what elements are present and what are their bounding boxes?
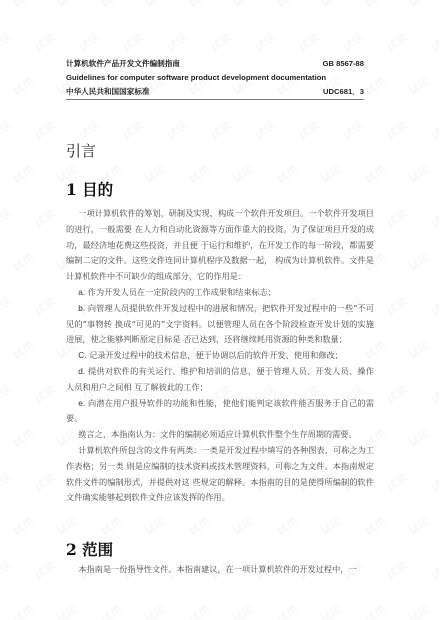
watermark-glyph: 试读 xyxy=(75,117,102,143)
header-divider xyxy=(66,99,364,100)
watermark-glyph: 试读 xyxy=(383,469,410,495)
watermark-glyph: 试读 xyxy=(405,0,432,11)
watermark-glyph: 试读 xyxy=(53,601,80,620)
watermark-glyph: 试读 xyxy=(295,117,322,143)
document-title-cn: 计算机软件产品开发文件编制指南 xyxy=(66,57,180,71)
section-2-body: 本指南是一份指导性文件。本指南建议，在一项计算机软件的开发过程中，一 xyxy=(66,562,374,578)
watermark-glyph: 试读 xyxy=(405,249,432,275)
watermark-glyph: 试读 xyxy=(207,117,234,143)
watermark-glyph: 试读 xyxy=(9,249,36,275)
watermark-glyph: 试读 xyxy=(0,205,15,231)
list-index: a. xyxy=(78,288,85,297)
watermark-glyph: 试读 xyxy=(97,513,124,539)
watermark-glyph: 试读 xyxy=(0,469,15,495)
watermark-glyph: 试读 xyxy=(273,601,300,620)
watermark-glyph: 试读 xyxy=(31,205,58,231)
watermark-glyph: 试读 xyxy=(427,293,440,319)
list-item-e: e. 向潜在用户报导软件的功能和性能，使他们能判定该软件能否服务于自己的需要。 xyxy=(66,396,374,428)
watermark-glyph: 试读 xyxy=(31,381,58,407)
watermark-glyph: 试读 xyxy=(163,117,190,143)
watermark-glyph: 试读 xyxy=(9,337,36,363)
list-item-text: 记录开发过程中的技术信息，便于协调以后的软件开发、使用和修改； xyxy=(89,350,343,360)
section-1-heading: 1 目的 xyxy=(66,178,113,200)
watermark-glyph: 试读 xyxy=(141,0,168,11)
watermark-glyph: 试读 xyxy=(31,469,58,495)
section-1-paragraph-3: 计算机软件所包含的文件有两类：一类是开发过程中填写的各种图表，可称之为工作表格；… xyxy=(66,443,374,506)
watermark-glyph: 试读 xyxy=(317,513,344,539)
list-index: C. xyxy=(78,351,86,360)
watermark-glyph: 试读 xyxy=(0,557,15,583)
watermark-glyph: 试读 xyxy=(119,29,146,55)
list-item-a: a. 作为开发人员在一定阶段内的工作成果和结束标志； xyxy=(66,285,374,301)
watermark-glyph: 试读 xyxy=(141,161,168,187)
watermark-glyph: 试读 xyxy=(31,557,58,583)
watermark-glyph: 试读 xyxy=(0,381,15,407)
watermark-glyph: 试读 xyxy=(383,117,410,143)
watermark-glyph: 试读 xyxy=(317,161,344,187)
watermark-glyph: 试读 xyxy=(427,117,440,143)
list-index: e. xyxy=(78,399,85,408)
list-item-b: b. 向管理人员提供软件开发过程中的进展和情况，把软件开发过程中的一些“不可见的… xyxy=(66,301,374,348)
watermark-glyph: 试读 xyxy=(53,0,80,11)
watermark-glyph: 试读 xyxy=(75,29,102,55)
watermark-glyph: 试读 xyxy=(229,601,256,620)
watermark-glyph: 试读 xyxy=(185,601,212,620)
list-item-text: 作为开发人员在一定阶段内的工作成果和结束标志； xyxy=(88,287,276,297)
watermark-glyph: 试读 xyxy=(317,601,344,620)
watermark-glyph: 试读 xyxy=(53,513,80,539)
udc-number: UDC681．3 xyxy=(323,85,364,99)
watermark-glyph: 试读 xyxy=(185,0,212,11)
section-1-paragraph-2: 换言之，本指南认为：文件的编制必须适应计算机软件整个生存周期的需要。 xyxy=(66,427,374,443)
list-item-text: 向管理人员提供软件开发过程中的进展和情况，把软件开发过程中的一些“不可见的”事物… xyxy=(66,303,374,345)
watermark-glyph: 试读 xyxy=(229,161,256,187)
watermark-glyph: 试读 xyxy=(0,117,15,143)
watermark-glyph: 试读 xyxy=(427,205,440,231)
watermark-glyph: 试读 xyxy=(383,205,410,231)
watermark-glyph: 试读 xyxy=(405,73,432,99)
watermark-glyph: 试读 xyxy=(31,293,58,319)
watermark-glyph: 试读 xyxy=(383,381,410,407)
watermark-glyph: 试读 xyxy=(339,117,366,143)
document-header: 计算机软件产品开发文件编制指南 GB 8567-88 Guidelines fo… xyxy=(66,57,364,99)
watermark-glyph: 试读 xyxy=(405,161,432,187)
watermark-glyph: 试读 xyxy=(185,513,212,539)
intro-heading: 引言 xyxy=(66,140,96,161)
watermark-glyph: 试读 xyxy=(9,513,36,539)
watermark-glyph: 试读 xyxy=(427,381,440,407)
watermark-glyph: 试读 xyxy=(9,161,36,187)
watermark-glyph: 试读 xyxy=(405,425,432,451)
watermark-glyph: 试读 xyxy=(361,0,388,11)
watermark-glyph: 试读 xyxy=(0,293,15,319)
watermark-glyph: 试读 xyxy=(9,0,36,11)
list-item-d: d. 提供对软件的有关运行、维护和培训的信息，便于管理人员、开发人员、操作人员和… xyxy=(66,364,374,396)
watermark-glyph: 试读 xyxy=(97,0,124,11)
list-index: b. xyxy=(78,304,85,313)
watermark-glyph: 试读 xyxy=(427,469,440,495)
watermark-glyph: 试读 xyxy=(31,29,58,55)
watermark-glyph: 试读 xyxy=(427,557,440,583)
watermark-glyph: 试读 xyxy=(405,337,432,363)
watermark-glyph: 试读 xyxy=(31,117,58,143)
watermark-glyph: 试读 xyxy=(97,601,124,620)
watermark-glyph: 试读 xyxy=(361,73,388,99)
issuing-organization: 中华人民共和国国家标准 xyxy=(66,85,150,99)
watermark-glyph: 试读 xyxy=(339,29,366,55)
list-item-text: 提供对软件的有关运行、维护和培训的信息，便于管理人员、开发人员、操作人员和用户之… xyxy=(66,366,374,392)
standard-number: GB 8567-88 xyxy=(323,57,364,71)
watermark-glyph: 试读 xyxy=(251,29,278,55)
watermark-glyph: 试读 xyxy=(361,601,388,620)
watermark-glyph: 试读 xyxy=(163,29,190,55)
section-2-heading: 2 范围 xyxy=(66,538,113,560)
watermark-glyph: 试读 xyxy=(383,29,410,55)
watermark-glyph: 试读 xyxy=(9,73,36,99)
watermark-glyph: 试读 xyxy=(9,425,36,451)
watermark-glyph: 试读 xyxy=(207,29,234,55)
watermark-glyph: 试读 xyxy=(141,601,168,620)
watermark-glyph: 试读 xyxy=(273,513,300,539)
document-title-en: Guidelines for computer software product… xyxy=(66,71,326,85)
watermark-glyph: 试读 xyxy=(405,601,432,620)
watermark-glyph: 试读 xyxy=(141,513,168,539)
watermark-glyph: 试读 xyxy=(119,117,146,143)
watermark-glyph: 试读 xyxy=(317,0,344,11)
list-index: d. xyxy=(78,367,85,376)
list-item-c: C. 记录开发过程中的技术信息，便于协调以后的软件开发、使用和修改； xyxy=(66,348,374,364)
section-1-paragraph-1: 一项计算机软件的筹划、研制及实现，构成一个软件开发项目。一个软件开发项目的进行，… xyxy=(66,206,374,285)
watermark-glyph: 试读 xyxy=(229,0,256,11)
watermark-glyph: 试读 xyxy=(251,117,278,143)
watermark-glyph: 试读 xyxy=(273,161,300,187)
section-1-body: 一项计算机软件的筹划、研制及实现，构成一个软件开发项目。一个软件开发项目的进行，… xyxy=(66,206,374,506)
section-2-paragraph-1: 本指南是一份指导性文件。本指南建议，在一项计算机软件的开发过程中，一 xyxy=(66,562,374,578)
watermark-glyph: 试读 xyxy=(295,29,322,55)
watermark-glyph: 试读 xyxy=(427,29,440,55)
watermark-glyph: 试读 xyxy=(405,513,432,539)
watermark-glyph: 试读 xyxy=(229,513,256,539)
watermark-glyph: 试读 xyxy=(361,161,388,187)
list-item-text: 向潜在用户报导软件的功能和性能，使他们能判定该软件能否服务于自己的需要。 xyxy=(66,398,374,424)
watermark-glyph: 试读 xyxy=(383,557,410,583)
watermark-glyph: 试读 xyxy=(273,0,300,11)
watermark-glyph: 试读 xyxy=(185,161,212,187)
watermark-glyph: 试读 xyxy=(9,601,36,620)
watermark-glyph: 试读 xyxy=(0,29,15,55)
watermark-glyph: 试读 xyxy=(383,293,410,319)
watermark-glyph: 试读 xyxy=(361,513,388,539)
